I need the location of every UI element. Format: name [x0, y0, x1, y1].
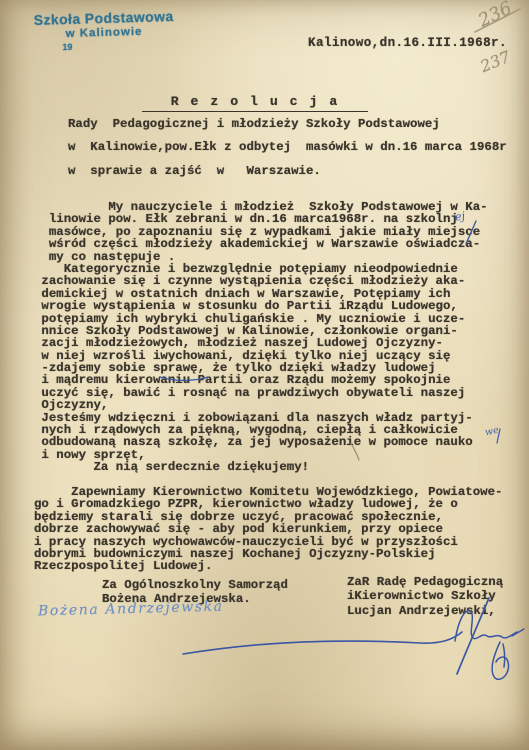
text-line: ZaR Radę Pedagogiczną — [347, 575, 503, 589]
text-line: zachowanie się i czynne wystąpienia częś… — [34, 275, 502, 287]
handwritten-signature-left: Bożena Andrzejewska — [38, 599, 224, 620]
text-line: go i Gromadzkiego PZPR, kierownictwo wła… — [34, 498, 502, 510]
signature-right-initial-b — [492, 642, 508, 679]
archival-page-number: 237 — [478, 47, 513, 76]
text-line: Ojczyzny, — [34, 399, 502, 411]
text-line: w Kalinowie,pow.Ełk z odbytej masówki w … — [68, 136, 507, 159]
text-line: Lucjan Andrzejewski, — [347, 604, 503, 618]
archival-page-number-crossed: 236 — [475, 0, 515, 31]
text-line: iKierownictwo Szkoły — [347, 589, 503, 603]
signature-right-tail — [512, 629, 524, 636]
signature-flourish-line — [183, 632, 462, 654]
body-text: My nauczyciele i młodzież Szkoły Podstaw… — [34, 201, 502, 573]
date-line: Kalinowo,dn.16.III.1968r. — [308, 36, 507, 50]
text-line: dobrze zachowywać się - aby pod kierunki… — [34, 523, 502, 535]
text-line: linowie pow. Ełk zebrani w dn.16 marca19… — [34, 213, 502, 225]
text-line: w sprawie a zajść w Warszawie. — [68, 160, 507, 183]
text-line: i mądremu kierowaniu Partii oraz Rządu m… — [34, 374, 502, 386]
scanned-document-page: Szkoła Podstawowa w Kalinowie 19 236 237… — [0, 0, 529, 750]
text-line: odbudowaną naszą szkołę, za jej wyposaże… — [34, 436, 502, 448]
text-line: Rady Pedagogicznej i młodzieży Szkoły Po… — [68, 113, 507, 136]
stamp-year-blank: 19 — [24, 39, 184, 53]
text-line: zacji młodzieżowych, młodzież naszej Lud… — [34, 337, 502, 349]
document-title: R e z o l u c j a — [142, 94, 368, 112]
text-line: Za nią serdecznie dziękujemy! — [34, 461, 502, 473]
text-line: wśród części młodzieży akademickiej w Wa… — [34, 238, 502, 250]
school-stamp: Szkoła Podstawowa w Kalinowie 19 — [23, 8, 184, 53]
text-line: Rzeczpospolitej Ludowej. — [34, 560, 502, 572]
text-line: Za Ogólnoszkolny Samorząd — [102, 578, 288, 592]
signature-block-right: ZaR Radę PedagogicznąiKierownictwo Szkoł… — [347, 575, 503, 618]
handwritten-correction-ej: ej — [454, 209, 466, 223]
text-line: wrogie wystąpienia w stosunku do Partii … — [34, 300, 502, 312]
document-subtitle: Rady Pedagogicznej i młodzieży Szkoły Po… — [68, 113, 507, 183]
